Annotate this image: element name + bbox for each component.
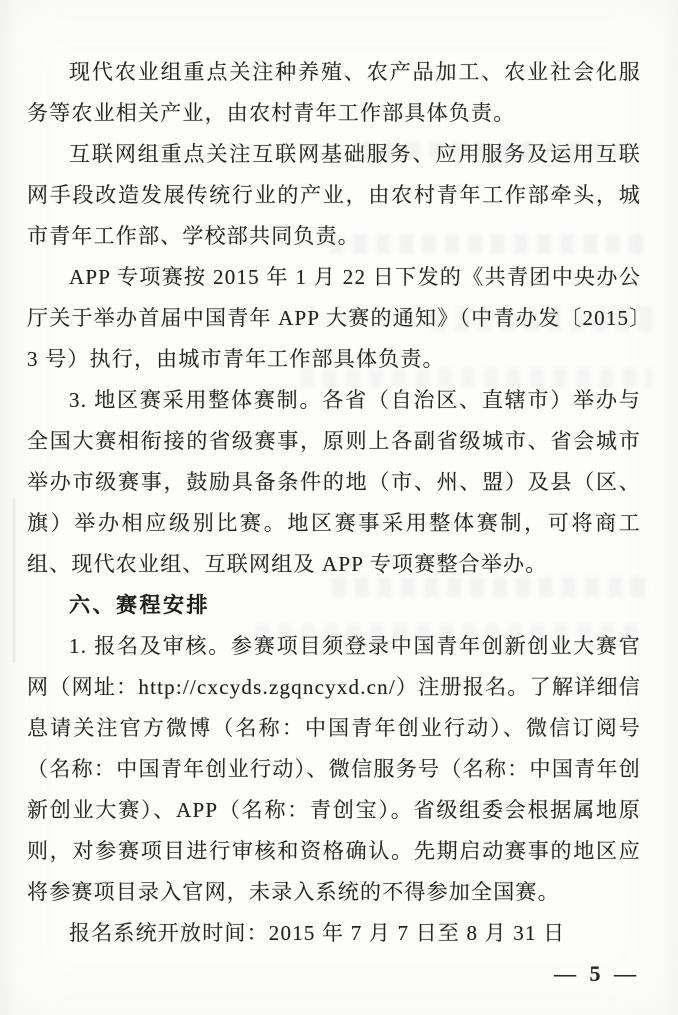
document-body: 现代农业组重点关注种养殖、农产品加工、农业社会化服务等农业相关产业，由农村青年工… [27,52,641,954]
document-page: 现代农业组重点关注种养殖、农产品加工、农业社会化服务等农业相关产业，由农村青年工… [0,0,678,1015]
scan-streak [13,498,15,663]
paragraph: 3. 地区赛采用整体赛制。各省（自治区、直辖市）举办与全国大赛相衔接的省级赛事，… [27,380,641,585]
paragraph: 现代农业组重点关注种养殖、农产品加工、农业社会化服务等农业相关产业，由农村青年工… [27,52,641,134]
section-heading: 六、赛程安排 [27,585,641,626]
paragraph: APP 专项赛按 2015 年 1 月 22 日下发的《共青团中央办公厅关于举办… [27,257,641,380]
paragraph: 互联网组重点关注互联网基础服务、应用服务及运用互联网手段改造发展传统行业的产业，… [27,134,641,257]
paragraph: 1. 报名及审核。参赛项目须登录中国青年创新创业大赛官网（网址：http://c… [27,626,641,913]
page-number: — 5 — [554,961,640,987]
paragraph: 报名系统开放时间：2015 年 7 月 7 日至 8 月 31 日 [27,913,641,954]
